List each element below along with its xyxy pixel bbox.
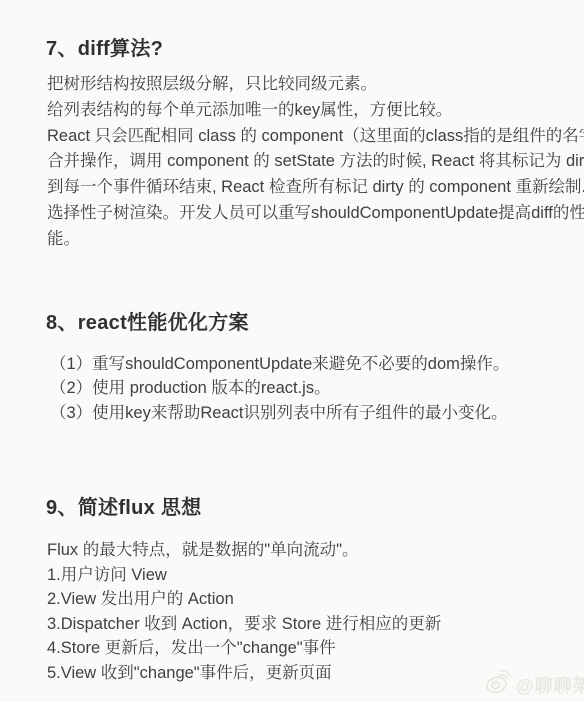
list-item: （2）使用 production 版本的react.js。 (50, 376, 509, 400)
numbered-line: 3.Dispatcher 收到 Action，要求 Store 进行相应的更新 (47, 612, 441, 637)
section-body-q9: Flux 的最大特点，就是数据的"单向流动"。 1.用户访问 View 2.Vi… (47, 538, 441, 686)
section-body-q7: 把树形结构按照层级分解，只比较同级元素。 给列表结构的每个单元添加唯一的key属… (47, 72, 584, 253)
document-page: 7、diff算法? 把树形结构按照层级分解，只比较同级元素。 给列表结构的每个单… (0, 0, 584, 702)
section-heading-q7-diff: 7、diff算法? (46, 32, 163, 61)
section-heading-q8-optimization: 8、react性能优化方案 (46, 306, 249, 335)
watermark-text: @聊聊架构 (516, 672, 584, 698)
paragraph-line: Flux 的最大特点，就是数据的"单向流动"。 (47, 538, 441, 563)
paragraph-line: 把树形结构按照层级分解，只比较同级元素。 (47, 72, 584, 98)
numbered-line: 1.用户访问 View (47, 563, 441, 588)
numbered-line: 5.View 收到"change"事件后，更新页面 (47, 661, 441, 686)
watermark: @聊聊架构 (484, 669, 584, 700)
section-heading-q9-flux: 9、简述flux 思想 (46, 491, 202, 520)
numbered-line: 2.View 发出用户的 Action (47, 587, 441, 612)
weibo-icon (482, 667, 514, 702)
paragraph-line: React 只会匹配相同 class 的 component（这里面的class… (47, 124, 584, 150)
list-item: （1）重写shouldComponentUpdate来避免不必要的dom操作。 (50, 352, 509, 376)
numbered-line: 4.Store 更新后，发出一个"change"事件 (47, 636, 441, 661)
paragraph-line: 能。 (47, 227, 584, 253)
paragraph-line: 选择性子树渲染。开发人员可以重写shouldComponentUpdate提高d… (47, 201, 584, 227)
paragraph-line: 给列表结构的每个单元添加唯一的key属性，方便比较。 (47, 98, 584, 124)
paragraph-line: 到每一个事件循环结束, React 检查所有标记 dirty 的 compone… (47, 175, 584, 201)
section-body-q8: （1）重写shouldComponentUpdate来避免不必要的dom操作。 … (50, 352, 509, 425)
list-item: （3）使用key来帮助React识别列表中所有子组件的最小变化。 (50, 401, 509, 425)
paragraph-line: 合并操作，调用 component 的 setState 方法的时候, Reac… (47, 149, 584, 175)
